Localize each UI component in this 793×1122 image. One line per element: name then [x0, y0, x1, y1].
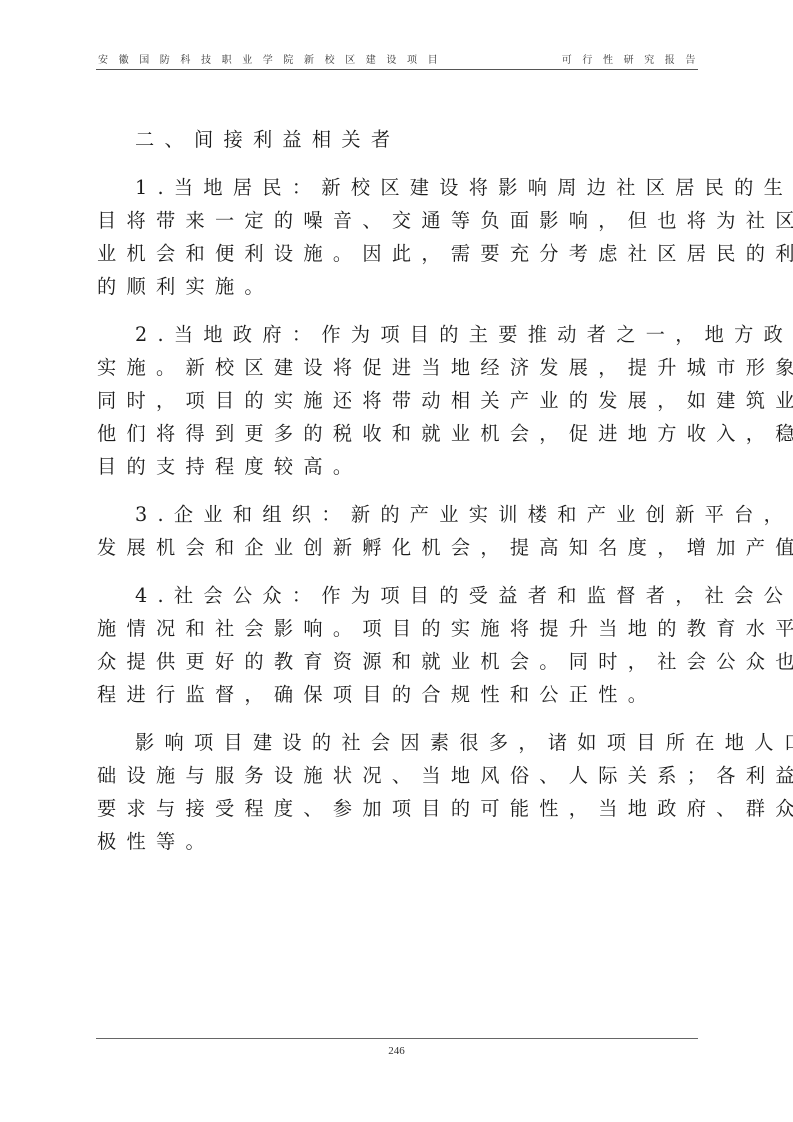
header-divider	[96, 69, 698, 70]
header-project-title: 安徽国防科技职业学院新校区建设项目	[98, 55, 448, 67]
paragraph-line: 程进行监督，确保项目的合规性和公正性。	[97, 683, 657, 707]
paragraph-line: 础设施与服务设施状况、当地风俗、人际关系；各利益群体对项目的反应、	[97, 764, 793, 788]
paragraph-line: 施情况和社会影响。项目的实施将提升当地的教育水平和社会形象，为公	[97, 617, 793, 641]
paragraph-line: 影响项目建设的社会因素很多，诸如项目所在地人口、生活水平、基	[135, 731, 793, 755]
footer-divider	[96, 1038, 698, 1039]
paragraph-line: 发展机会和企业创新孵化机会，提高知名度，增加产值。	[97, 536, 793, 560]
paragraph-line: 他们将得到更多的税收和就业机会，促进地方收入，稳定社会。他们对项	[97, 422, 793, 446]
header-report-type: 可行性研究报告	[562, 55, 706, 67]
section-heading: 二、间接利益相关者	[135, 128, 400, 152]
paragraph-line: 2.当地政府：作为项目的主要推动者之一，地方政府将受益于项目的	[135, 323, 793, 347]
paragraph-line: 目的支持程度较高。	[97, 455, 362, 479]
paragraph-line: 同时，项目的实施还将带动相关产业的发展，如建筑业、教育服务业等。	[97, 389, 793, 413]
paragraph-line: 业机会和便利设施。因此，需要充分考虑社区居民的利益诉求，确保项目	[97, 242, 793, 266]
page-header: 安徽国防科技职业学院新校区建设项目 可行性研究报告	[96, 55, 698, 69]
paragraph-line: 众提供更好的教育资源和就业机会。同时，社会公众也将对项目的实施过	[97, 650, 793, 674]
paragraph-line: 4.社会公众：作为项目的受益者和监督者，社会公众将关注项目的实	[135, 584, 793, 608]
paragraph-line: 目将带来一定的噪音、交通等负面影响，但也将为社区居民提供更多的就	[97, 209, 793, 233]
paragraph-line: 极性等。	[97, 830, 215, 854]
paragraph-line: 要求与接受程度、参加项目的可能性，当地政府、群众对项目的态度和积	[97, 797, 793, 821]
paragraph-line: 1.当地居民：新校区建设将影响周边社区居民的生活环境和利益。项	[135, 176, 793, 200]
page-number: 246	[0, 1045, 793, 1057]
paragraph-line: 实施。新校区建设将促进当地经济发展，提升城市形象，增加就业机会。	[97, 356, 793, 380]
paragraph-line: 的顺利实施。	[97, 275, 274, 299]
paragraph-line: 3.企业和组织：新的产业实训楼和产业创新平台，他们将得到更多的	[135, 503, 793, 527]
